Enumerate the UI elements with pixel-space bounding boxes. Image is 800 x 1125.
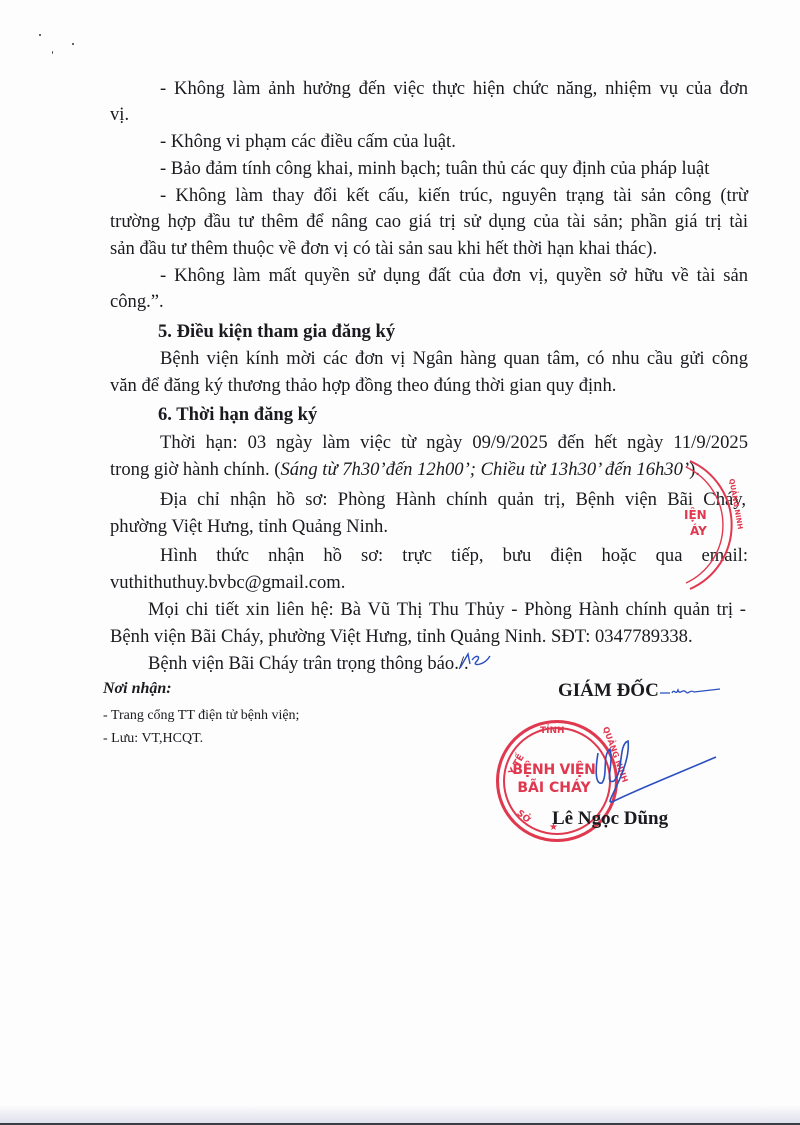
deadline-prefix: trong giờ hành chính. (	[110, 459, 280, 480]
document-page: - Không làm ảnh hưởng đến việc thực hiện…	[0, 0, 800, 1125]
signer-name: Lê Ngọc Dũng	[552, 808, 668, 830]
director-signature-icon	[584, 725, 724, 815]
scan-shadow	[0, 1105, 800, 1125]
bullet-1-line-1: - Không làm ảnh hưởng đến việc thực hiện…	[160, 78, 748, 100]
initials-mark-icon	[458, 650, 494, 672]
scan-speck	[72, 43, 74, 45]
section-6-heading: 6. Thời hạn đăng ký	[158, 404, 317, 426]
bullet-1-line-2: vị.	[110, 104, 129, 126]
stamp-top-text: TỈNH	[540, 726, 565, 736]
contact-line-2: Bệnh viện Bãi Cháy, phường Việt Hưng, tỉ…	[110, 626, 693, 648]
scan-speck	[39, 34, 41, 36]
bullet-4-line-2: trường hợp đầu tư thêm để nâng cao giá t…	[110, 211, 748, 233]
scan-speck	[52, 51, 53, 54]
deadline-line-1: Thời hạn: 03 ngày làm việc từ ngày 09/9/…	[160, 432, 748, 454]
address-line-1: Địa chỉ nhận hồ sơ: Phòng Hành chính quả…	[160, 489, 746, 511]
bullet-2: - Không vi phạm các điều cấm của luật.	[160, 131, 456, 153]
section-5-heading: 5. Điều kiện tham gia đăng ký	[158, 321, 395, 343]
recipient-item: - Trang cổng TT điện tử bệnh viện;	[103, 707, 299, 725]
partial-seal-text-2: ÁY	[690, 524, 707, 538]
initial-signature-icon	[660, 684, 722, 698]
bullet-4-line-3: sản đầu tư thêm thuộc về đơn vị có tài s…	[110, 238, 657, 260]
bullet-5-line-2: công.”.	[110, 291, 164, 313]
working-hours: Sáng từ 7h30’đến 12h00’; Chiều từ 13h30’…	[280, 459, 689, 480]
partial-seal-icon	[680, 455, 740, 595]
section-5-line-1: Bệnh viện kính mời các đơn vị Ngân hàng …	[160, 348, 748, 370]
bullet-5-line-1: - Không làm mất quyền sử dụng đất của đơ…	[160, 265, 748, 287]
recipients-title: Nơi nhận:	[103, 680, 172, 698]
section-5-line-2: văn để đăng ký thương thảo hợp đồng theo…	[110, 375, 616, 397]
address-line-2: phường Việt Hưng, tỉnh Quảng Ninh.	[110, 516, 388, 538]
recipient-item: - Lưu: VT,HCQT.	[103, 730, 203, 748]
closing-statement: Bệnh viện Bãi Cháy trân trọng thông báo.…	[148, 653, 469, 675]
bullet-3: - Bảo đảm tính công khai, minh bạch; tuâ…	[160, 158, 709, 180]
partial-seal-text-1: IỆN	[684, 508, 707, 522]
contact-line-1: Mọi chi tiết xin liên hệ: Bà Vũ Thị Thu …	[148, 599, 746, 621]
bullet-4-line-1: - Không làm thay đổi kết cấu, kiến trúc,…	[160, 185, 748, 207]
email-address[interactable]: vuthithuthuy.bvbc@gmail.com.	[110, 572, 345, 594]
signature-position: GIÁM ĐỐC	[558, 680, 659, 702]
deadline-line-2: trong giờ hành chính. (Sáng từ 7h30’đến …	[110, 459, 700, 481]
method-line-1: Hình thức nhận hồ sơ: trực tiếp, bưu điệ…	[160, 545, 748, 567]
